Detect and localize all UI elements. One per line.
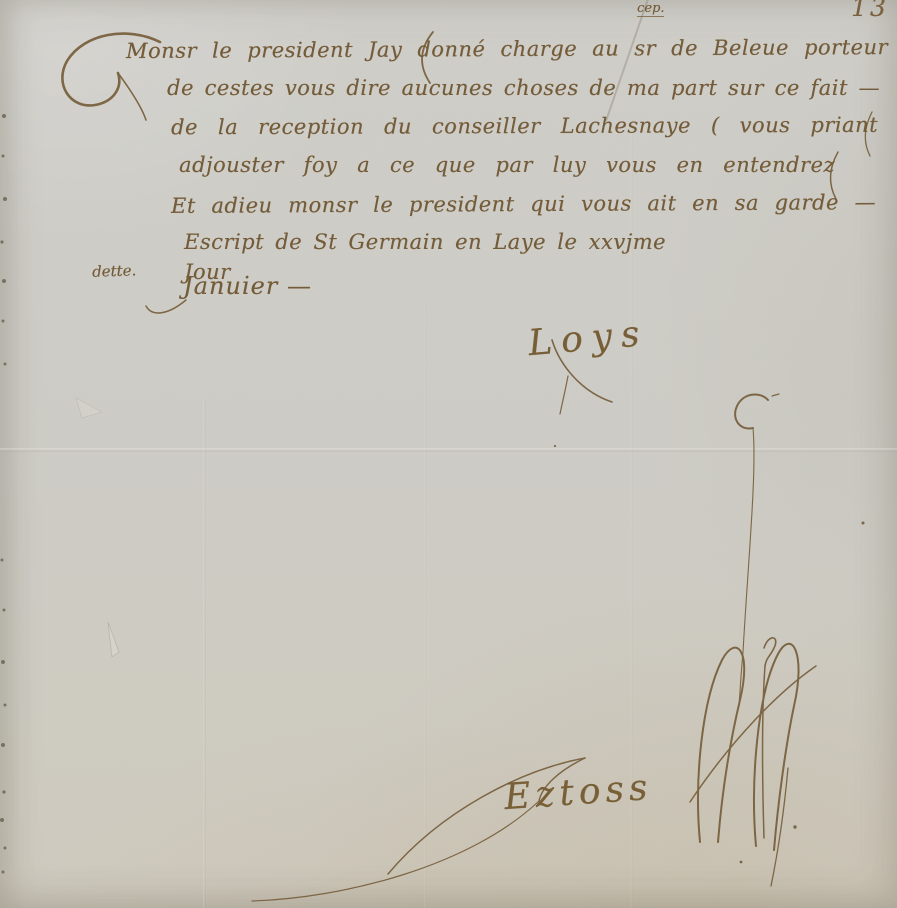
manuscript-page: cep. 13 Monsr le president Jay donné cha… — [0, 0, 897, 908]
secretary-paraph — [252, 638, 816, 901]
secretary-signature: Eztoss — [503, 767, 654, 818]
fold-crease-vertical-mid — [424, 300, 426, 908]
date-month-line: Januier — — [183, 272, 312, 300]
letter-line-3: de la reception du conseiller Lachesnaye… — [171, 110, 878, 142]
letter-line-5: Et adieu monsr le president qui vous ait… — [171, 187, 876, 221]
royal-signature: Loys — [526, 313, 650, 364]
archival-annotation: cep. — [637, 1, 664, 17]
folio-number: 13 — [851, 0, 889, 22]
paper-flake — [76, 398, 119, 657]
paraph-g-mark — [735, 394, 779, 706]
letter-line-2: de cestes vous dire aucunes choses de ma… — [167, 73, 880, 103]
letter-line-1: Monsr le president Jay donné charge au s… — [126, 32, 888, 66]
fold-crease-horizontal — [0, 448, 897, 452]
fold-crease-vertical-left — [203, 400, 206, 908]
margin-note: dette. — [92, 261, 137, 281]
ink-specks — [554, 445, 865, 525]
left-edge-holes — [0, 114, 7, 874]
january-swash — [146, 300, 186, 313]
letter-line-4: adjouster foy a ce que par luy vous en e… — [179, 150, 835, 180]
